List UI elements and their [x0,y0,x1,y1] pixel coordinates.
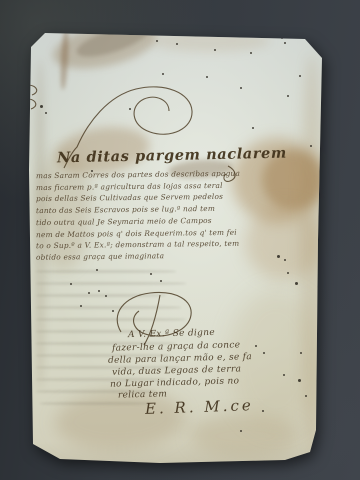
ink-speck [263,352,265,354]
ink-speck [277,255,280,258]
show-through-line [36,294,166,297]
ink-speck [284,259,286,261]
closing-line: no Lugar indicado, pois no [110,376,240,389]
body-line: tanto das Seis Escravos pois se lug.ª na… [36,204,215,215]
ink-speck [298,379,301,382]
paper-stain [190,415,300,457]
ink-speck [305,395,307,397]
ink-speck [262,410,264,412]
body-line: mas Saram Corres dos partes dos describa… [36,169,240,180]
edge-ink-mark-upper [29,85,37,95]
ink-speck [96,269,98,271]
ink-speck [98,290,100,292]
ink-speck [70,283,72,285]
ink-speck [250,52,252,54]
ink-speck [283,374,285,376]
ink-speck [91,170,93,172]
ink-speck [299,75,301,77]
show-through-line [36,270,176,273]
show-through-line [40,402,150,405]
ink-speck [160,280,162,282]
show-through-line [36,318,186,321]
ink-speck [281,37,283,39]
body-line: pois dellas Seis Cultivadas que Servem p… [36,192,223,203]
paper-shadow-wrap: Na ditas pargem naclarem mas Saram Corre… [0,0,360,480]
ink-speck [284,42,286,44]
ink-speck [112,310,114,312]
paper-stain [300,55,324,455]
heading-line: Na ditas pargem naclarem [57,145,287,167]
ink-speck [240,87,242,89]
ink-speck [206,76,208,78]
body-line: mas ficarem p.ª agricultura das lojas as… [36,181,223,192]
paper-stain [59,28,69,90]
body-line: obtido essa graça que imaginata [36,251,164,262]
body-line: nem de Mattos pois q' dois Requerim.tos … [36,227,237,238]
paper-stain [73,19,151,63]
closing-line: A V. Ex.ª Se digne [128,328,215,340]
paper-stain [150,30,270,52]
ink-speck [40,105,43,108]
manuscript-paper: Na ditas pargem naclarem mas Saram Corre… [0,0,360,480]
ink-speck [310,145,312,147]
ink-speck [45,112,47,114]
ink-speck [287,272,289,274]
paper-stain [49,16,160,77]
ink-speck [240,430,242,432]
signoff-initials: E. R. M.ce [145,396,254,418]
ink-speck [88,292,90,294]
ink-speck [150,273,152,275]
photo-background: Na ditas pargem naclarem mas Saram Corre… [0,0,360,480]
closing-line: vida, duas Legoas de terra [112,364,241,377]
ink-speck [176,43,178,45]
ink-speck [129,108,131,110]
body-line: tido outra qual Je Seymaria meio de Camp… [36,216,212,227]
edge-ink-mark-lower [29,99,36,109]
ink-speck [300,352,302,354]
ink-speck [156,40,158,42]
show-through-line [36,306,181,309]
ink-speck [162,73,164,75]
ink-speck [255,345,257,347]
ink-speck [295,282,298,285]
show-through-line [36,282,186,285]
ink-speck [214,49,216,51]
paper-stain [245,205,325,280]
body-line: to o Sup.º a V. Ex.ª; demonstram a tal r… [36,239,239,250]
ink-speck [252,127,254,129]
ink-speck [80,305,82,307]
ink-speck [105,295,107,297]
closing-line: fazer-lhe a graça da conce [112,340,241,353]
ink-speck [287,95,289,97]
